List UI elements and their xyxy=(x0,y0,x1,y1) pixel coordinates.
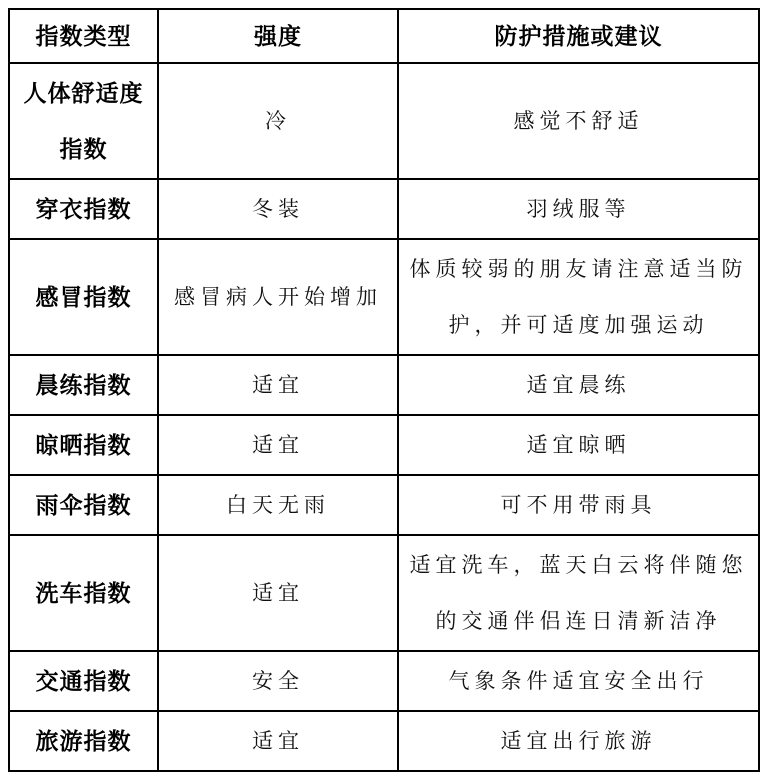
advice-cell: 羽绒服等 xyxy=(398,179,759,239)
intensity-cell: 安全 xyxy=(158,651,398,711)
intensity-cell: 适宜 xyxy=(158,415,398,475)
life-index-table: 指数类型 强度 防护措施或建议 人体舒适度指数 冷 感觉不舒适 穿衣指数 冬装 … xyxy=(8,8,760,772)
table-row: 交通指数 安全 气象条件适宜安全出行 xyxy=(9,651,759,711)
table-row: 晾晒指数 适宜 适宜晾晒 xyxy=(9,415,759,475)
table-row: 人体舒适度指数 冷 感觉不舒适 xyxy=(9,63,759,179)
intensity-cell: 适宜 xyxy=(158,355,398,415)
advice-cell: 体质较弱的朋友请注意适当防护，并可适度加强运动 xyxy=(398,239,759,355)
intensity-cell: 白天无雨 xyxy=(158,475,398,535)
index-type-cell: 感冒指数 xyxy=(9,239,158,355)
table-header-row: 指数类型 强度 防护措施或建议 xyxy=(9,9,759,63)
header-index-type: 指数类型 xyxy=(9,9,158,63)
table-row: 洗车指数 适宜 适宜洗车，蓝天白云将伴随您的交通伴侣连日清新洁净 xyxy=(9,535,759,651)
advice-cell: 适宜洗车，蓝天白云将伴随您的交通伴侣连日清新洁净 xyxy=(398,535,759,651)
advice-cell: 适宜晾晒 xyxy=(398,415,759,475)
index-type-cell: 人体舒适度指数 xyxy=(9,63,158,179)
table-row: 雨伞指数 白天无雨 可不用带雨具 xyxy=(9,475,759,535)
intensity-cell: 冬装 xyxy=(158,179,398,239)
table-row: 穿衣指数 冬装 羽绒服等 xyxy=(9,179,759,239)
header-advice: 防护措施或建议 xyxy=(398,9,759,63)
advice-cell: 感觉不舒适 xyxy=(398,63,759,179)
intensity-cell: 适宜 xyxy=(158,711,398,771)
advice-cell: 适宜出行旅游 xyxy=(398,711,759,771)
index-type-cell: 旅游指数 xyxy=(9,711,158,771)
advice-cell: 适宜晨练 xyxy=(398,355,759,415)
advice-cell: 气象条件适宜安全出行 xyxy=(398,651,759,711)
table-row: 旅游指数 适宜 适宜出行旅游 xyxy=(9,711,759,771)
index-type-cell: 穿衣指数 xyxy=(9,179,158,239)
intensity-cell: 冷 xyxy=(158,63,398,179)
index-type-cell: 晾晒指数 xyxy=(9,415,158,475)
index-type-cell: 洗车指数 xyxy=(9,535,158,651)
index-type-cell: 交通指数 xyxy=(9,651,158,711)
intensity-cell: 适宜 xyxy=(158,535,398,651)
intensity-cell: 感冒病人开始增加 xyxy=(158,239,398,355)
header-intensity: 强度 xyxy=(158,9,398,63)
index-type-cell: 雨伞指数 xyxy=(9,475,158,535)
index-type-cell: 晨练指数 xyxy=(9,355,158,415)
table-row: 晨练指数 适宜 适宜晨练 xyxy=(9,355,759,415)
table-row: 感冒指数 感冒病人开始增加 体质较弱的朋友请注意适当防护，并可适度加强运动 xyxy=(9,239,759,355)
advice-cell: 可不用带雨具 xyxy=(398,475,759,535)
